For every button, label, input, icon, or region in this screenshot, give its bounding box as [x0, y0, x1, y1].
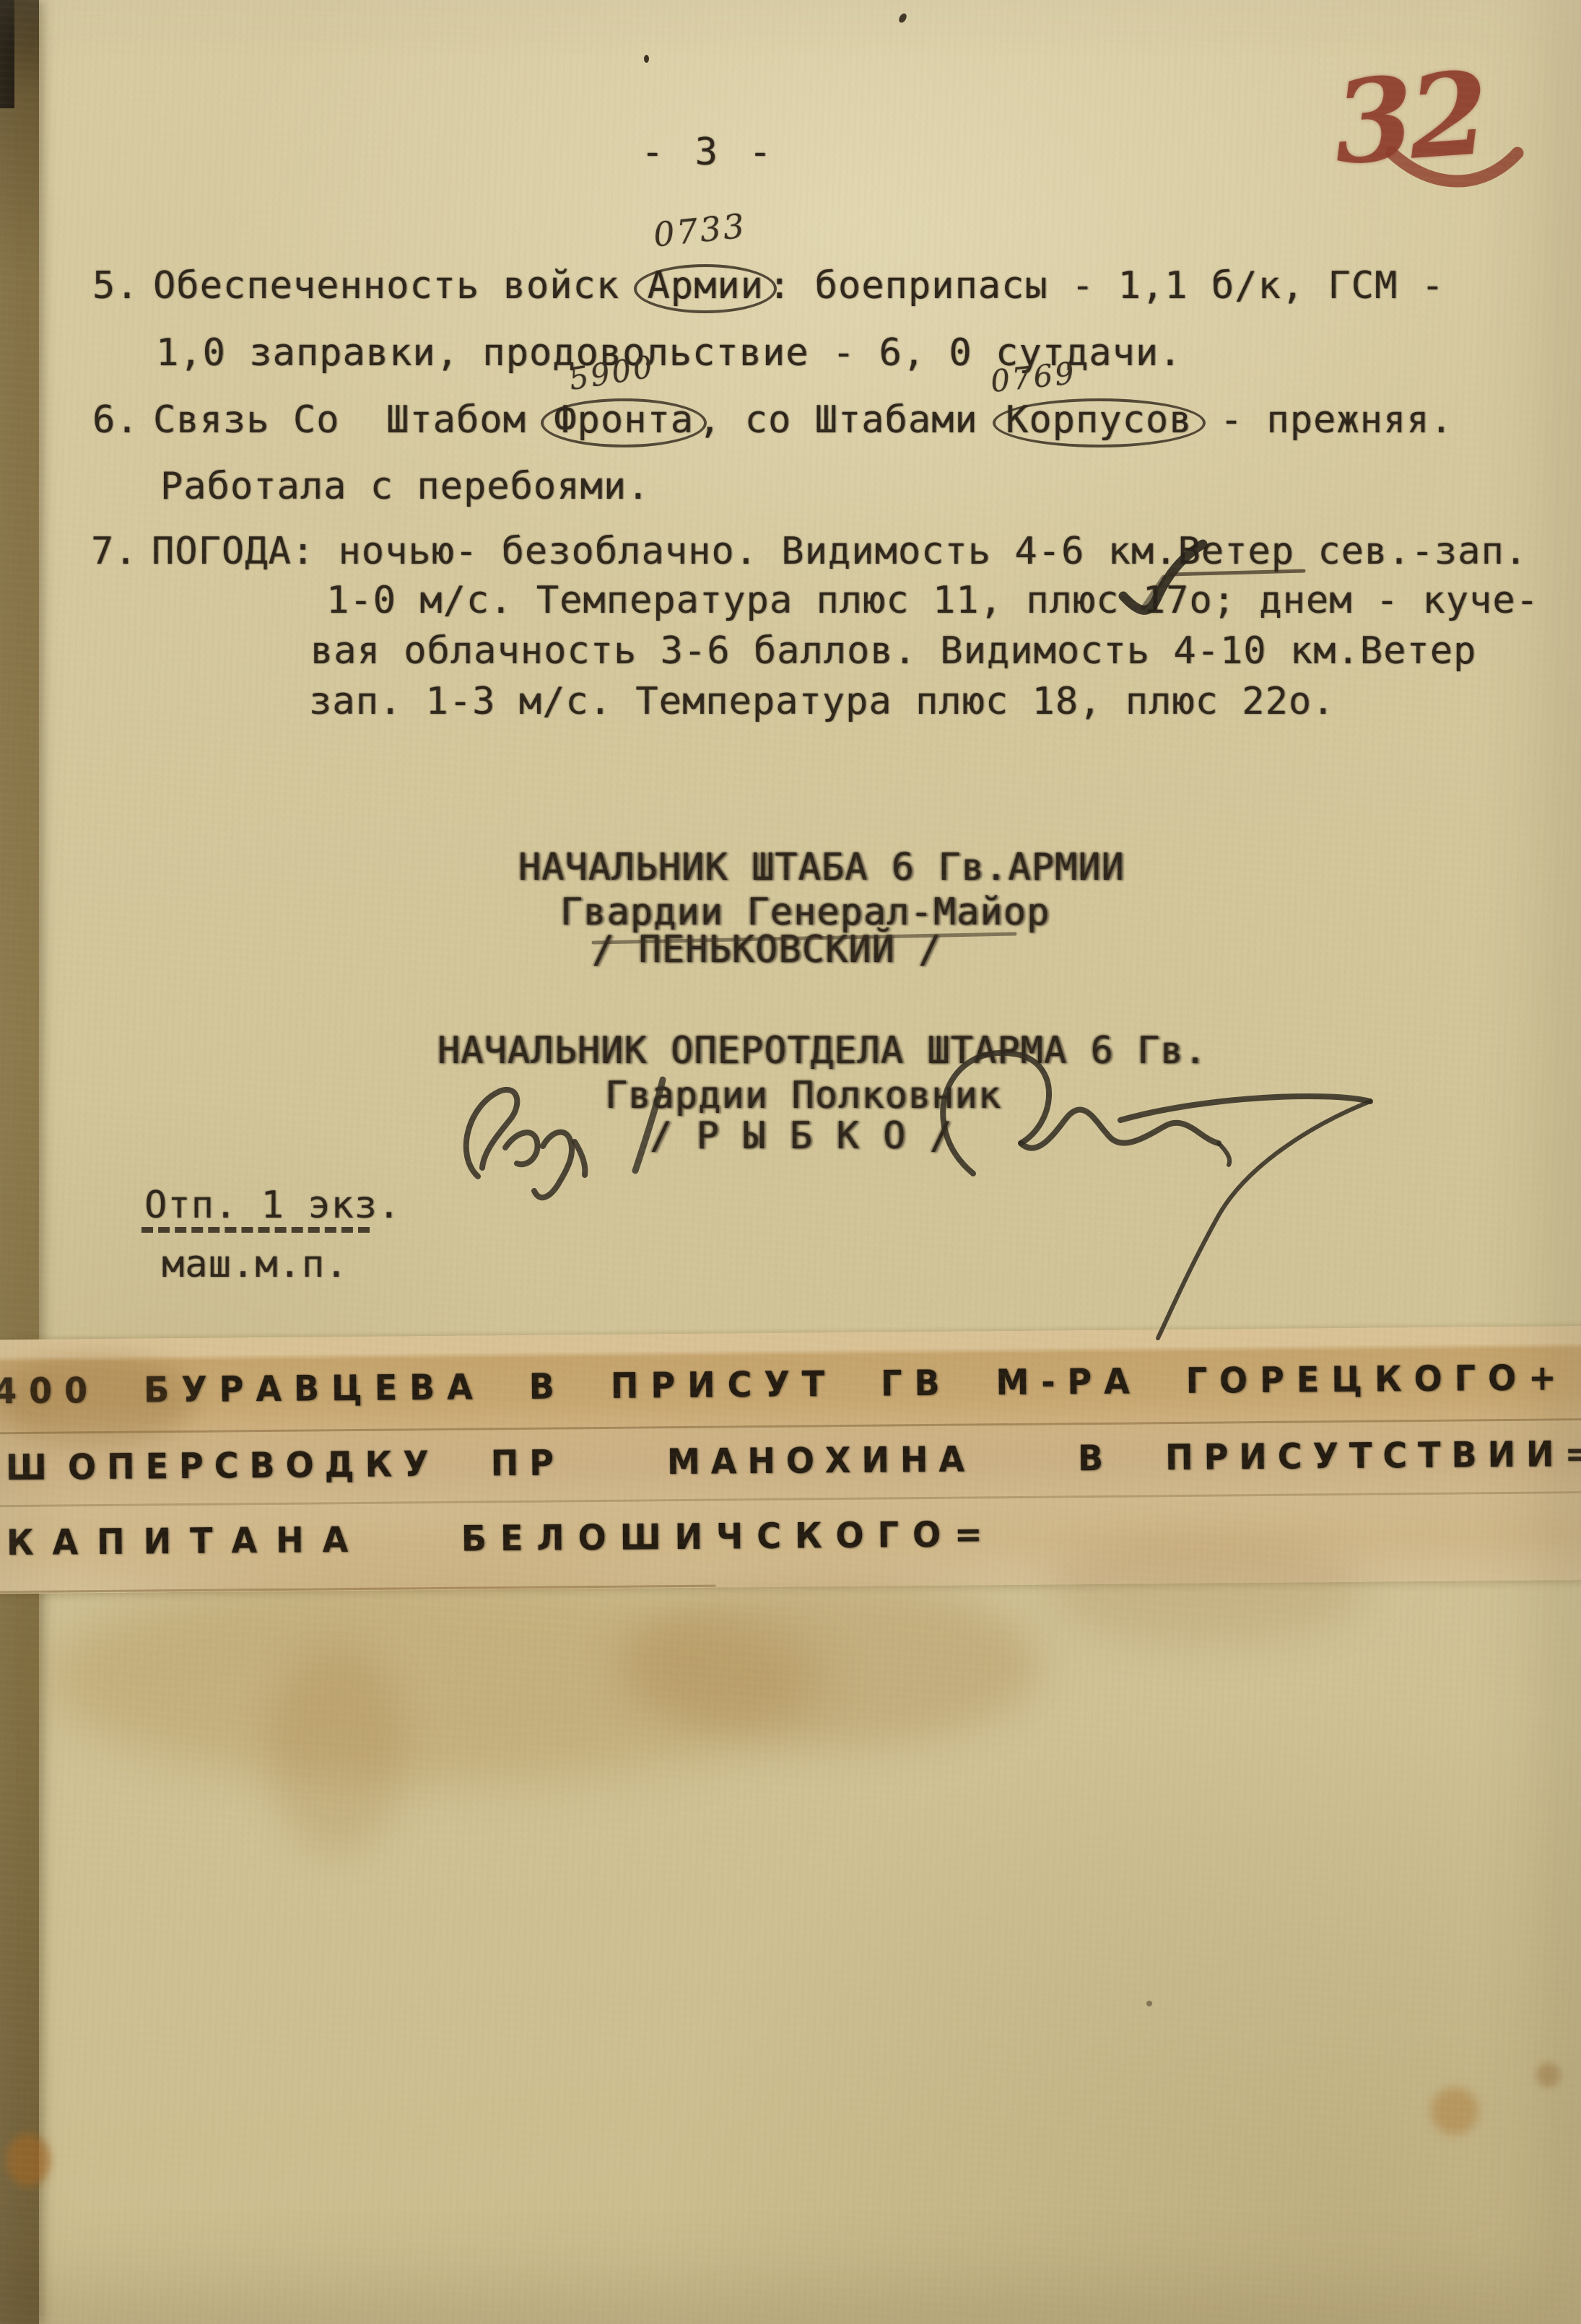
binding-corner-shadow — [0, 0, 14, 108]
item7-line4: зап. 1-3 м/с. Температура плюс 18, плюс … — [309, 683, 1336, 720]
sig1-rank: Гвардии Генерал-Майор — [560, 894, 1050, 931]
item6-line1-post: - прежняя. — [1197, 398, 1453, 442]
ink-signature-main — [943, 1053, 1370, 1338]
footer-dashed-underline — [141, 1227, 370, 1233]
ink-speck-top — [897, 12, 908, 25]
ink-signature-left — [466, 1090, 585, 1197]
folio-number-red-pencil: 32 — [1330, 47, 1489, 191]
sig1-title: НАЧАЛЬНИК ШТАБА 6 Гв.АРМИИ — [518, 849, 1125, 886]
telegraph-tape-block: 400 БУРАВЦЕВА В ПРИСУТ ГВ М-РА ГОРЕЦКОГО… — [0, 1326, 1581, 1594]
item5-line1-pre: Обеспеченность войск — [153, 264, 643, 307]
glue-stain-center — [621, 1581, 1040, 1747]
footer-copies: Отп. 1 экз. — [144, 1187, 401, 1224]
item6-circled-word-corps: Корпусов — [993, 398, 1205, 447]
sig2-name: / Р Ы Б К О / — [650, 1117, 953, 1155]
item7-line1: ПОГОДА: ночью- безоблачно. Видимость 4-6… — [152, 533, 1528, 570]
footer-typist: маш.м.п. — [162, 1246, 348, 1283]
paper-speck — [1146, 2001, 1152, 2006]
item7-line3: вая облачность 3-6 баллов. Видимость 4-1… — [310, 632, 1476, 670]
sig1-name: / ПЕНЬКОВСКИЙ / — [592, 931, 942, 969]
item5-number: 5. — [92, 267, 139, 305]
glue-stain-large — [43, 1573, 823, 1783]
glue-drip-stain — [269, 1646, 406, 1855]
sig2-title: НАЧАЛЬНИК ОПЕРОТДЕЛА ШТАРМА 6 Гв. — [437, 1032, 1207, 1070]
item5-line1: Обеспеченность войск Армии: боеприпасы -… — [153, 267, 1445, 306]
item6-circled-word-front: Фронта — [541, 398, 707, 447]
item7-number: 7. — [91, 533, 138, 570]
item5-line1-post: : боеприпасы - 1,1 б/к, ГСМ - — [768, 264, 1445, 307]
item6-number: 6. — [92, 401, 139, 439]
binding-edge — [0, 0, 39, 2324]
tape-line2-prefix: Ш — [6, 1446, 58, 1488]
item6-line1: Связь Со Штабом Фронта, со Штабами Корпу… — [153, 401, 1453, 440]
bottom-right-spot — [1431, 2087, 1478, 2135]
sig2-rank: Гвардии Полковник — [605, 1077, 1001, 1114]
item6-line1-pre: Связь Со Штабом — [153, 398, 549, 442]
page-number: - 3 - — [641, 134, 776, 171]
item7-line2: 1-0 м/с. Температура плюс 11, плюс 17о; … — [326, 582, 1539, 619]
handwritten-number-0733: 0733 — [652, 206, 749, 254]
item6-line2: Работала с перебоями. — [160, 468, 650, 505]
bottom-right-small-spot — [1536, 2063, 1561, 2087]
item6-line1-mid: , со Штабами — [698, 398, 1001, 442]
tape-line3-left: КАПИТАНА — [6, 1519, 367, 1563]
ink-speck-left — [644, 55, 649, 63]
tape-line3-right: БЕЛОШИЧСКОГО= — [461, 1513, 996, 1560]
scanned-document-page: - 3 - 32 0733 5. Обеспеченность войск Ар… — [0, 0, 1581, 2324]
item5-circled-word: Армии — [634, 264, 777, 313]
